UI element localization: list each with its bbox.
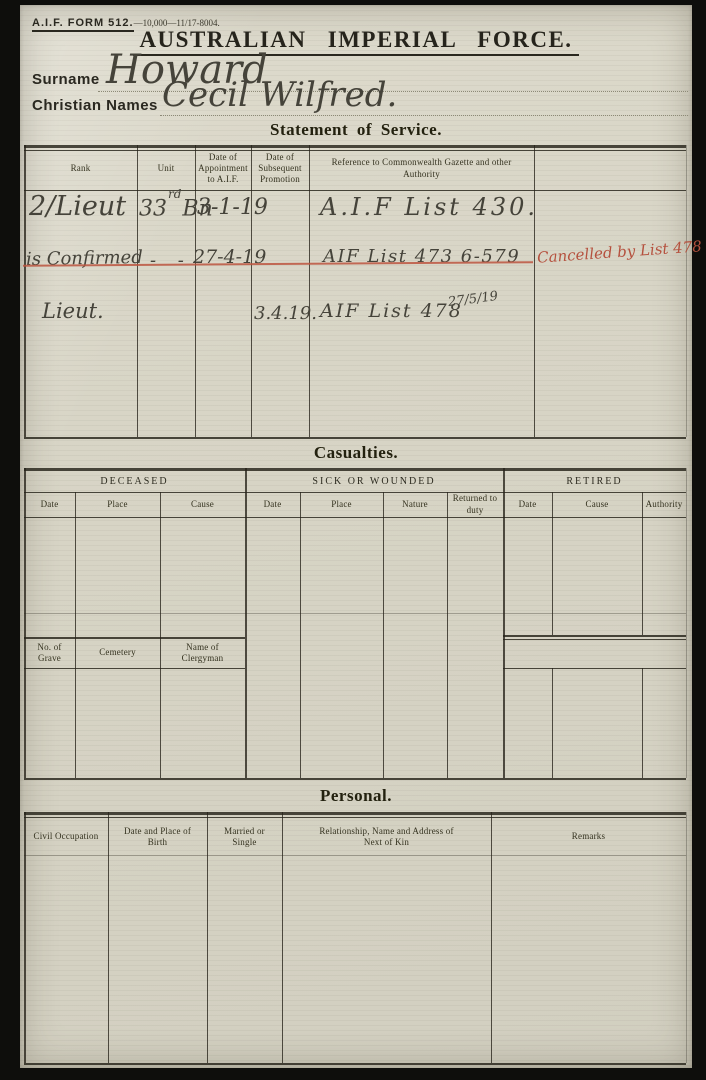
col-header-extra [534, 148, 686, 189]
casualties-groupheader-bottom [24, 492, 686, 493]
entry-rank: Lieut. [42, 299, 104, 323]
group-header-retired: RETIRED [503, 471, 686, 491]
statement-table-bottom-border [24, 437, 686, 439]
scanned-page-background: A.I.F. FORM 512.—10,000—11/17-8004. AUST… [0, 0, 706, 1080]
statement-table-right-border [686, 145, 687, 437]
personal-col-civil-occupation: Civil Occupation [24, 819, 108, 855]
personal-right-border [686, 812, 687, 1063]
retired-col-divider-lower [642, 668, 643, 778]
retired-section-break-top [503, 635, 686, 637]
unit-ordinal-suffix: rd [168, 187, 181, 201]
personal-header-bottom [24, 855, 686, 856]
deceased-col-divider [75, 492, 76, 778]
deceased-col-cause: Cause [160, 494, 245, 516]
personal-col-birth: Date and Place of Birth [108, 819, 207, 855]
entry-date-appointment: 3-1-19 [197, 195, 268, 220]
retired-section-break-thin [503, 639, 686, 640]
casualties-right-border [686, 468, 687, 778]
cancelled-annotation: Cancelled by List 478 [537, 237, 703, 266]
entry-date-promotion: 3.4.19. [254, 303, 317, 324]
col-header-reference: Reference to Commonwealth Gazette and ot… [309, 148, 534, 189]
statement-of-service-heading: Statement of Service. [20, 120, 692, 140]
retired-col-authority: Authority [642, 494, 686, 516]
personal-col-remarks: Remarks [491, 819, 686, 855]
sick-col-divider [447, 492, 448, 778]
casualties-colheader-bottom [24, 517, 686, 518]
subcol-name-of-clergyman: Name of Clergyman [160, 639, 245, 667]
casualties-faint-row-line [24, 613, 686, 614]
retired-col-date: Date [503, 494, 552, 516]
deceased-col-date: Date [24, 494, 75, 516]
grave-subheader-bottom [24, 668, 245, 669]
sick-col-returned-to-duty: Returned to duty [447, 492, 503, 517]
retired-col-divider-lower [552, 668, 553, 778]
subcol-no-of-grave: No. of Grave [24, 639, 75, 667]
casualties-heading: Casualties. [20, 443, 692, 463]
entry-unit-dashes: - - [150, 250, 192, 271]
retired-col-cause: Cause [552, 494, 642, 516]
group-header-deceased: DECEASED [24, 471, 245, 491]
col-header-date-promotion: Date of Subsequent Promotion [251, 148, 309, 189]
personal-table-top-border-thin [24, 817, 686, 818]
surname-label: Surname [32, 71, 100, 88]
entry-reference: A.I.F List 430. [320, 193, 538, 221]
sick-col-nature: Nature [383, 494, 447, 516]
personal-heading: Personal. [20, 786, 692, 806]
personal-table-bottom-border [24, 1063, 686, 1065]
form-paper: A.I.F. FORM 512.—10,000—11/17-8004. AUST… [20, 5, 692, 1068]
group-header-sick-or-wounded: SICK OR WOUNDED [245, 471, 503, 491]
col-header-unit: Unit [137, 148, 195, 189]
sick-col-place: Place [300, 494, 383, 516]
entry-reference-date-note: 27/5/19 [447, 289, 499, 310]
personal-col-married-or-single: Married or Single [207, 819, 282, 855]
christian-names-rule [160, 115, 688, 116]
christian-names-value: Cecil Wilfred. [162, 75, 397, 115]
sick-col-date: Date [245, 494, 300, 516]
unit-number: 33 [139, 196, 167, 221]
retired-section-resume [503, 668, 686, 669]
deceased-col-divider [160, 492, 161, 778]
col-header-date-appointment: Date of Appointment to A.I.F. [195, 148, 251, 189]
deceased-col-place: Place [75, 494, 160, 516]
sick-col-divider [300, 492, 301, 778]
col-header-rank: Rank [24, 148, 137, 189]
personal-table-top-border [24, 812, 686, 815]
entry-rank: 2/Lieut [29, 191, 126, 222]
casualties-table-bottom-border [24, 778, 686, 780]
sick-col-divider [383, 492, 384, 778]
subcol-cemetery: Cemetery [75, 639, 160, 667]
personal-col-next-of-kin: Relationship, Name and Address of Next o… [282, 819, 491, 855]
christian-names-label: Christian Names [32, 97, 158, 114]
entry-reference: AIF List 478 [320, 300, 463, 322]
